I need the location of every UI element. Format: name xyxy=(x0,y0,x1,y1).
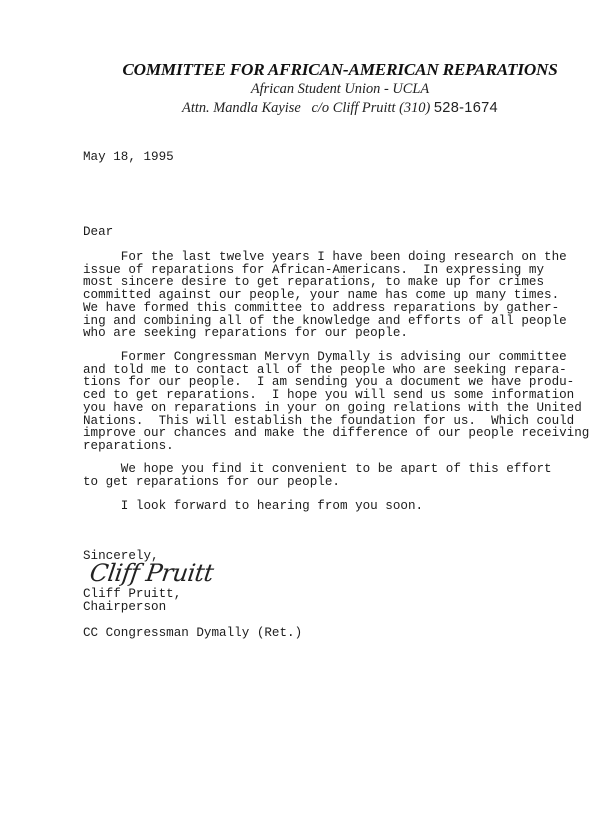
text-line: ced to get reparations. I hope you will … xyxy=(83,389,589,402)
salutation: Dear xyxy=(83,226,113,239)
text-line: Former Congressman Mervyn Dymally is adv… xyxy=(83,351,589,364)
body-paragraph-1: For the last twelve years I have been do… xyxy=(83,251,567,340)
text-line: you have on reparations in your on going… xyxy=(83,402,589,415)
text-line: We hope you find it convenient to be apa… xyxy=(83,463,552,476)
text-line: We have formed this committee to address… xyxy=(83,302,567,315)
cc-line: CC Congressman Dymally (Ret.) xyxy=(83,627,302,640)
text-line: who are seeking reparations for our peop… xyxy=(83,327,567,340)
signer-block: Cliff Pruitt,Chairperson xyxy=(83,588,181,613)
attention-text: Attn. Mandla Kayise c/o Cliff Pruitt (31… xyxy=(182,100,434,116)
body-paragraph-3: We hope you find it convenient to be apa… xyxy=(83,463,552,488)
organization-name: COMMITTEE FOR AFRICAN-AMERICAN REPARATIO… xyxy=(100,60,580,80)
handwritten-signature: Cliff Pruitt xyxy=(88,560,215,586)
body-paragraph-4: I look forward to hearing from you soon. xyxy=(83,500,423,513)
letter-date: May 18, 1995 xyxy=(83,151,174,164)
text-line: to get reparations for our people. xyxy=(83,476,552,489)
signer-name: Cliff Pruitt, xyxy=(83,588,181,601)
phone-number: 528-1674 xyxy=(434,100,498,116)
letterhead: COMMITTEE FOR AFRICAN-AMERICAN REPARATIO… xyxy=(100,60,580,118)
text-line: For the last twelve years I have been do… xyxy=(83,251,567,264)
affiliation: African Student Union - UCLA xyxy=(100,80,580,99)
text-line: I look forward to hearing from you soon. xyxy=(83,500,423,513)
body-paragraph-2: Former Congressman Mervyn Dymally is adv… xyxy=(83,351,589,453)
signer-title: Chairperson xyxy=(83,601,181,614)
text-line: committed against our people, your name … xyxy=(83,289,567,302)
attention-line: Attn. Mandla Kayise c/o Cliff Pruitt (31… xyxy=(100,99,580,118)
text-line: reparations. xyxy=(83,440,589,453)
